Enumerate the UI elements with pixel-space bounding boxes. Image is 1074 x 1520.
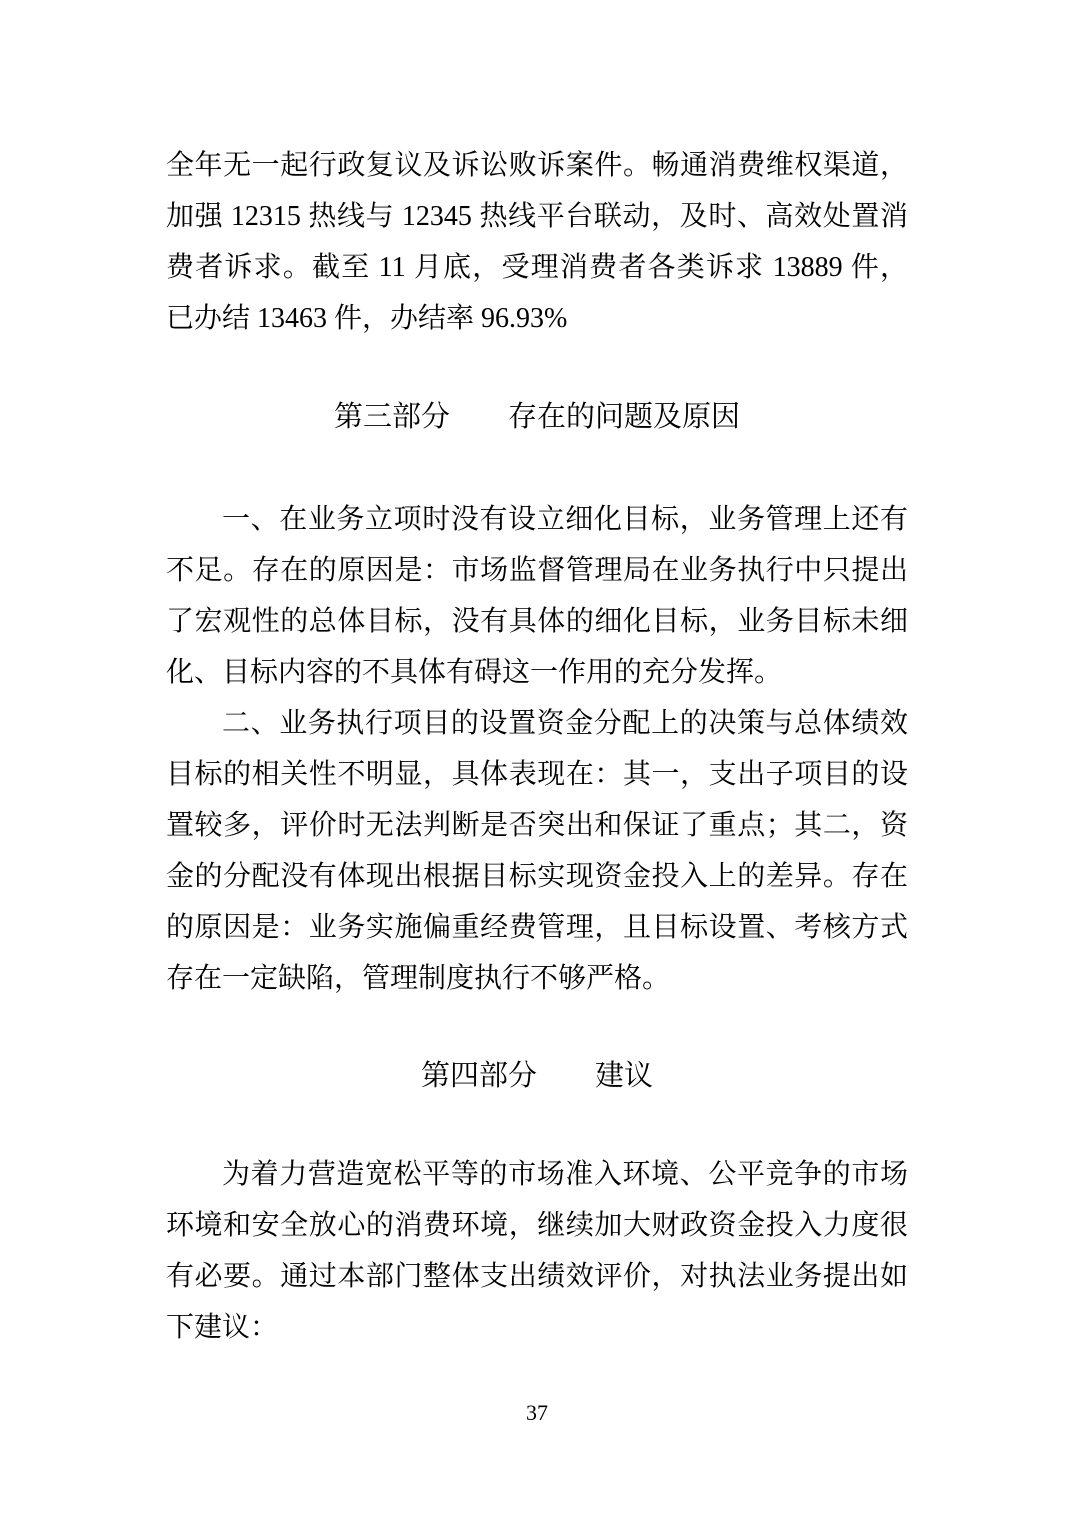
paragraph-problem-2: 二、业务执行项目的设置资金分配上的决策与总体绩效目标的相关性不明显，具体表现在：… [166,698,908,1004]
text-line: 全年无一起行政复议及诉讼败诉案件。畅通消费维权渠道， [166,140,908,191]
section-heading-part4: 第四部分 建议 [166,1051,908,1102]
text-line: 化、目标内容的不具体有碍这一作用的充分发挥。 [166,647,908,698]
text-line: 一、在业务立项时没有设立细化目标，业务管理上还有 [166,494,908,545]
section-heading-part3: 第三部分 存在的问题及原因 [166,392,908,443]
text-line: 存在一定缺陷，管理制度执行不够严格。 [166,953,908,1004]
text-line: 金的分配没有体现出根据目标实现资金投入上的差异。存在 [166,851,908,902]
paragraph-suggestion-intro: 为着力营造宽松平等的市场准入环境、公平竞争的市场环境和安全放心的消费环境，继续加… [166,1149,908,1353]
text-line: 已办结 13463 件，办结率 96.93% [166,293,908,344]
paragraph-problem-1: 一、在业务立项时没有设立细化目标，业务管理上还有不足。存在的原因是：市场监督管理… [166,494,908,698]
document-page: 全年无一起行政复议及诉讼败诉案件。畅通消费维权渠道，加强 12315 热线与 1… [0,0,1074,1520]
text-line: 下建议： [166,1302,908,1353]
text-line: 目标的相关性不明显，具体表现在：其一，支出子项目的设 [166,749,908,800]
text-line: 不足。存在的原因是：市场监督管理局在业务执行中只提出 [166,545,908,596]
text-line: 有必要。通过本部门整体支出绩效评价，对执法业务提出如 [166,1251,908,1302]
page-number: 37 [0,1398,1074,1428]
text-line: 的原因是：业务实施偏重经费管理，且目标设置、考核方式 [166,902,908,953]
text-line: 费者诉求。截至 11 月底，受理消费者各类诉求 13889 件， [166,242,908,293]
text-line: 为着力营造宽松平等的市场准入环境、公平竞争的市场 [166,1149,908,1200]
text-line: 置较多，评价时无法判断是否突出和保证了重点；其二，资 [166,800,908,851]
text-line: 环境和安全放心的消费环境，继续加大财政资金投入力度很 [166,1200,908,1251]
text-line: 了宏观性的总体目标，没有具体的细化目标，业务目标未细 [166,596,908,647]
text-line: 二、业务执行项目的设置资金分配上的决策与总体绩效 [166,698,908,749]
text-line: 加强 12315 热线与 12345 热线平台联动，及时、高效处置消 [166,191,908,242]
document-body: 全年无一起行政复议及诉讼败诉案件。畅通消费维权渠道，加强 12315 热线与 1… [166,140,908,1353]
paragraph-intro-continuation: 全年无一起行政复议及诉讼败诉案件。畅通消费维权渠道，加强 12315 热线与 1… [166,140,908,344]
